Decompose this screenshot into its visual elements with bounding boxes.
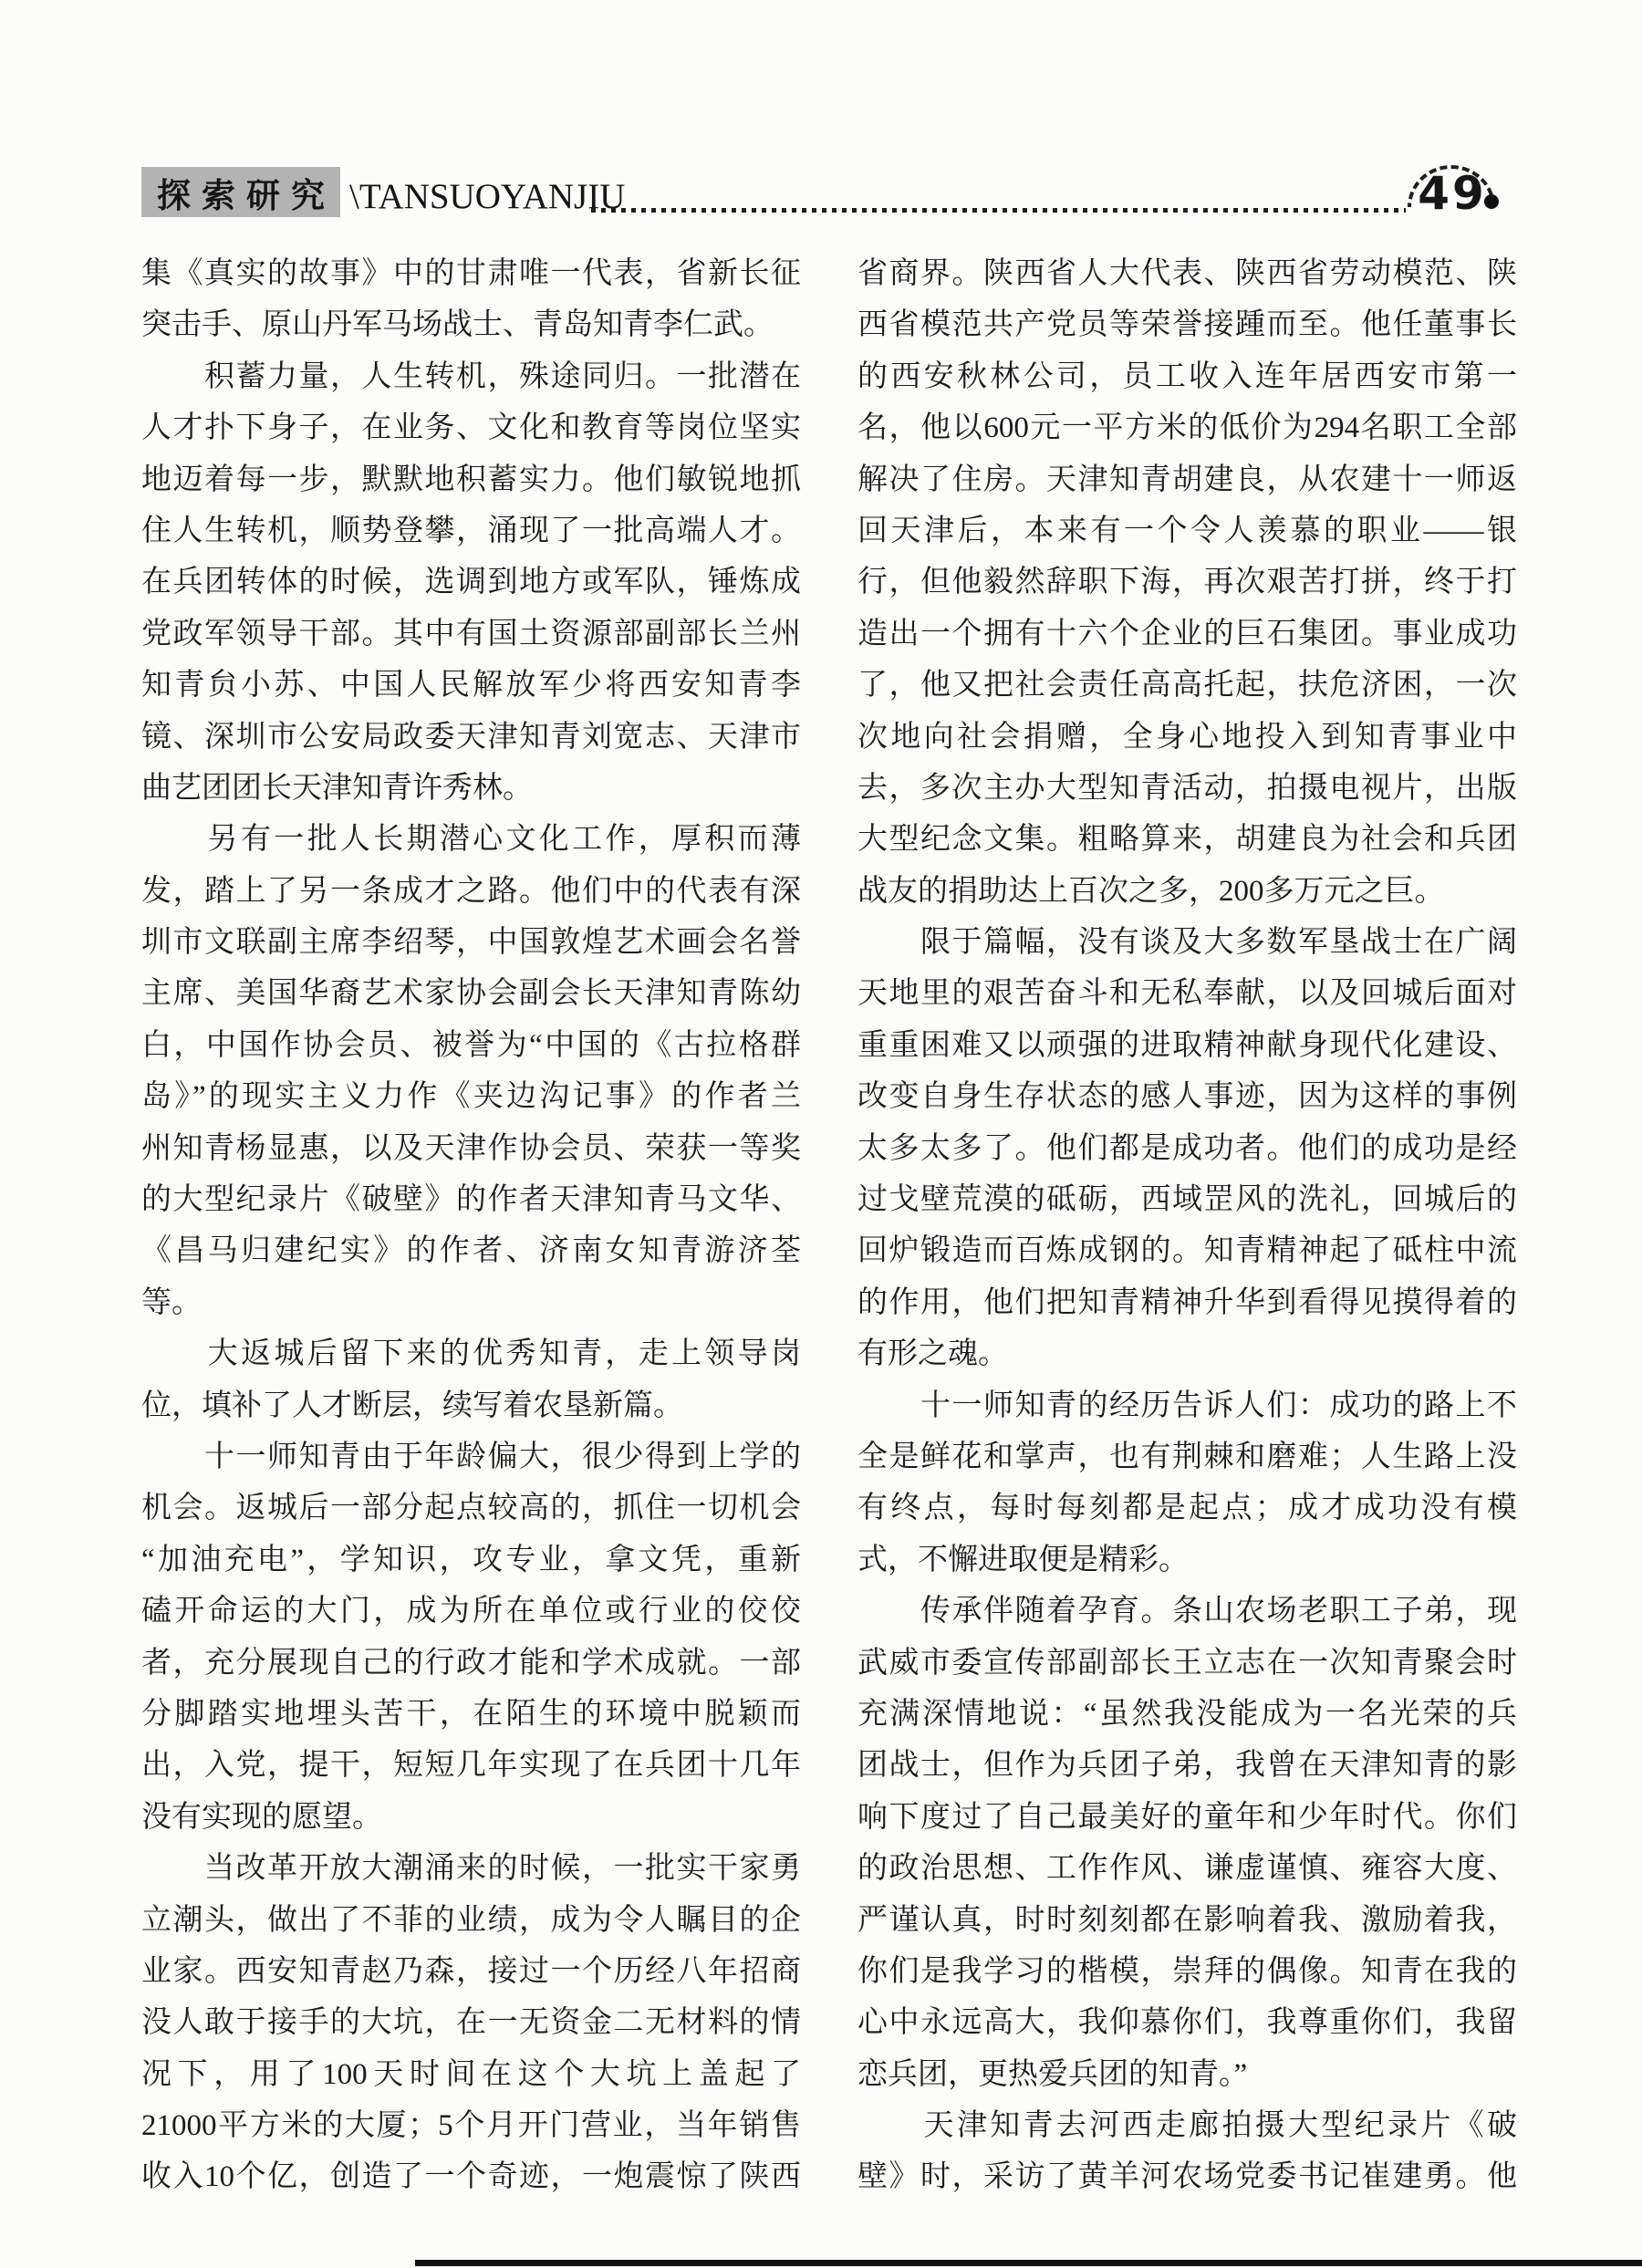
- text-line: 白，中国作协会员、被誉为“中国的《古拉格群: [141, 1020, 801, 1071]
- magazine-page: 探索研究 \TANSUOYANJIU 49 集《真实的故事》中的甘肃唯一代表，省…: [0, 0, 1642, 2268]
- text-line: 次地向社会捐赠，全身心地投入到知青事业中: [857, 712, 1517, 763]
- text-line: 业家。西安知青赵乃森，接过一个历经八年招商: [141, 1946, 801, 1997]
- text-line: 者，充分展现自己的行政才能和学术成就。一部: [141, 1638, 801, 1689]
- text-line: 天地里的艰苦奋斗和无私奉献，以及回城后面对: [857, 968, 1517, 1019]
- text-line: 人才扑下身子，在业务、文化和教育等岗位坚实: [141, 402, 801, 453]
- text-line: 大返城后留下来的优秀知青，走上领导岗: [141, 1328, 801, 1379]
- header-dotted-line-decoration: [591, 208, 1406, 213]
- text-line: 式，不懈进取便是精彩。: [857, 1535, 1517, 1586]
- text-line: 的政治思想、工作作风、谦虚谨慎、雍容大度、: [857, 1843, 1517, 1894]
- text-line: 回炉锻造而百炼成钢的。知青精神起了砥柱中流: [857, 1225, 1517, 1276]
- text-line: 另有一批人长期潜心文化工作，厚积而薄: [141, 814, 801, 865]
- text-line: 圳市文联副主席李绍琴，中国敦煌艺术画会名誉: [141, 917, 801, 968]
- text-line: 重重困难又以顽强的进取精神献身现代化建设、: [857, 1020, 1517, 1071]
- text-line: 在兵团转体的时候，选调到地方或军队，锤炼成: [141, 557, 801, 608]
- text-line: 回天津后，本来有一个令人羡慕的职业——银: [857, 505, 1517, 557]
- section-title-box: 探索研究: [141, 167, 340, 217]
- text-line: 十一师知青由于年龄偏大，很少得到上学的: [141, 1431, 801, 1483]
- text-line: 的大型纪录片《破壁》的作者天津知青马文华、: [141, 1174, 801, 1225]
- text-line: 机会。返城后一部分起点较高的，抓住一切机会: [141, 1483, 801, 1534]
- section-title-pinyin: \TANSUOYANJIU: [349, 176, 625, 218]
- text-line: 磕开命运的大门，成为所在单位或行业的佼佼: [141, 1586, 801, 1637]
- text-line: 党政军领导干部。其中有国土资源部副部长兰州: [141, 609, 801, 660]
- text-line: 住人生转机，顺势登攀，涌现了一批高端人才。: [141, 505, 801, 557]
- text-line: 位，填补了人才断层，续写着农垦新篇。: [141, 1380, 801, 1431]
- text-line: 解决了住房。天津知青胡建良，从农建十一师返: [857, 454, 1517, 505]
- text-line: 有终点，每时每刻都是起点；成才成功没有模: [857, 1483, 1517, 1534]
- text-line: 行，但他毅然辞职下海，再次艰苦打拼，终于打: [857, 557, 1517, 608]
- text-line: 知青贠小苏、中国人民解放军少将西安知青李: [141, 660, 801, 711]
- text-line: 有形之魂。: [857, 1328, 1517, 1379]
- text-line: 《昌马归建纪实》的作者、济南女知青游济荃: [141, 1225, 801, 1276]
- text-line: 出，入党，提干，短短几年实现了在兵团十几年: [141, 1740, 801, 1791]
- page-number-dot-decoration: [1484, 194, 1499, 209]
- text-line: 传承伴随着孕育。条山农场老职工子弟，现: [857, 1586, 1517, 1637]
- text-line: 的作用，他们把知青精神升华到看得见摸得着的: [857, 1277, 1517, 1328]
- text-line: 分脚踏实地埋头苦干，在陌生的环境中脱颖而: [141, 1689, 801, 1740]
- text-line: 省商界。陕西省人大代表、陕西省劳动模范、陕: [857, 248, 1517, 299]
- text-line: 战友的捐助达上百次之多，200多万元之巨。: [857, 866, 1517, 917]
- text-line: 大型纪念文集。粗略算来，胡建良为社会和兵团: [857, 814, 1517, 865]
- text-line: 集《真实的故事》中的甘肃唯一代表，省新长征: [141, 248, 801, 299]
- text-line: 了，他又把社会责任高高托起，扶危济困，一次: [857, 660, 1517, 711]
- text-line: 武威市委宣传部副部长王立志在一次知青聚会时: [857, 1638, 1517, 1689]
- text-line: 突击手、原山丹军马场战士、青岛知青李仁武。: [141, 299, 801, 350]
- text-line: 西省模范共产党员等荣誉接踵而至。他任董事长: [857, 299, 1517, 350]
- text-line: 限于篇幅，没有谈及大多数军垦战士在广阔: [857, 917, 1517, 968]
- text-line: 的西安秋林公司，员工收入连年居西安市第一: [857, 351, 1517, 402]
- text-line: 曲艺团团长天津知青许秀林。: [141, 763, 801, 814]
- text-line: 充满深情地说：“虽然我没能成为一名光荣的兵: [857, 1689, 1517, 1740]
- text-line: 团战士，但作为兵团子弟，我曾在天津知青的影: [857, 1740, 1517, 1791]
- text-line: 全是鲜花和掌声，也有荆棘和磨难；人生路上没: [857, 1431, 1517, 1483]
- page-number: 49: [1414, 171, 1491, 216]
- text-line: 镜、深圳市公安局政委天津知青刘宽志、天津市: [141, 712, 801, 763]
- text-line: 主席、美国华裔艺术家协会副会长天津知青陈幼: [141, 968, 801, 1019]
- text-line: 壁》时，采访了黄羊河农场党委书记崔建勇。他: [857, 2151, 1517, 2202]
- text-line: 当改革开放大潮涌来的时候，一批实干家勇: [141, 1843, 801, 1894]
- text-line: 等。: [141, 1277, 801, 1328]
- text-line: 太多太多了。他们都是成功者。他们的成功是经: [857, 1123, 1517, 1174]
- text-line: 岛》”的现实主义力作《夹边沟记事》的作者兰: [141, 1071, 801, 1122]
- section-title: 探索研究: [157, 168, 336, 217]
- text-line: 十一师知青的经历告诉人们：成功的路上不: [857, 1380, 1517, 1431]
- article-column-left: 集《真实的故事》中的甘肃唯一代表，省新长征突击手、原山丹军马场战士、青岛知青李仁…: [141, 248, 801, 2203]
- footer-rule: [415, 2260, 1642, 2266]
- text-line: “加油充电”，学知识，攻专业，拿文凭，重新: [141, 1535, 801, 1586]
- text-line: 严谨认真，时时刻刻都在影响着我、激励着我，: [857, 1895, 1517, 1946]
- text-line: 名，他以600元一平方米的低价为294名职工全部: [857, 402, 1517, 453]
- text-line: 州知青杨显惠，以及天津作协会员、荣获一等奖: [141, 1123, 801, 1174]
- text-line: 发，踏上了另一条成才之路。他们中的代表有深: [141, 866, 801, 917]
- text-line: 没人敢于接手的大坑，在一无资金二无材料的情: [141, 1997, 801, 2048]
- text-line: 响下度过了自己最美好的童年和少年时代。你们: [857, 1792, 1517, 1843]
- text-line: 地迈着每一步，默默地积蓄实力。他们敏锐地抓: [141, 454, 801, 505]
- text-line: 况下，用了100天时间在这个大坑上盖起了: [141, 2049, 801, 2100]
- text-line: 过戈壁荒漠的砥砺，西域罡风的洗礼，回城后的: [857, 1174, 1517, 1225]
- text-line: 天津知青去河西走廊拍摄大型纪录片《破: [857, 2100, 1517, 2151]
- text-line: 积蓄力量，人生转机，殊途同归。一批潜在: [141, 351, 801, 402]
- text-line: 改变自身生存状态的感人事迹，因为这样的事例: [857, 1071, 1517, 1122]
- text-line: 心中永远高大，我仰慕你们，我尊重你们，我留: [857, 1997, 1517, 2048]
- text-line: 恋兵团，更热爱兵团的知青。”: [857, 2049, 1517, 2100]
- text-line: 21000平方米的大厦；5个月开门营业，当年销售: [141, 2100, 801, 2151]
- text-line: 去，多次主办大型知青活动，拍摄电视片，出版: [857, 763, 1517, 814]
- text-line: 立潮头，做出了不菲的业绩，成为令人瞩目的企: [141, 1895, 801, 1946]
- text-line: 没有实现的愿望。: [141, 1792, 801, 1843]
- text-line: 造出一个拥有十六个企业的巨石集团。事业成功: [857, 609, 1517, 660]
- text-line: 你们是我学习的楷模，崇拜的偶像。知青在我的: [857, 1946, 1517, 1997]
- article-column-right: 省商界。陕西省人大代表、陕西省劳动模范、陕西省模范共产党员等荣誉接踵而至。他任董…: [857, 248, 1517, 2203]
- text-line: 收入10个亿，创造了一个奇迹，一炮震惊了陕西: [141, 2151, 801, 2202]
